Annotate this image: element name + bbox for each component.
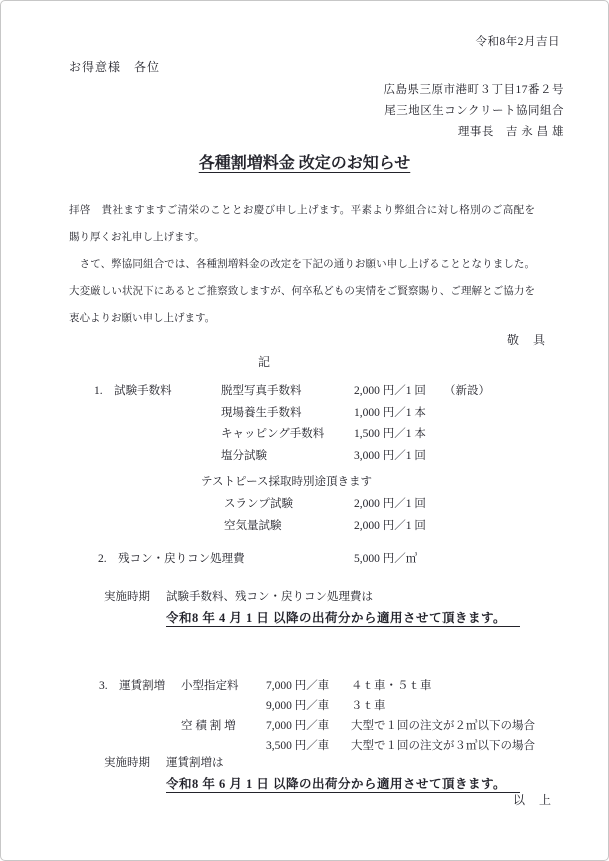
fee-item: 塩分試験 — [221, 448, 354, 464]
recipient-line: お得意様 各位 — [69, 58, 160, 75]
freight-item: 小型指定料 — [181, 679, 266, 699]
body-line-2: 賜り厚くお礼申し上げます。 — [69, 224, 535, 251]
fee-price: 1,000 円／1 本 — [354, 405, 444, 421]
section-test-fees-sub: スランプ試験 2,000 円／1 回 空気量試験 2,000 円／1 回 — [224, 496, 426, 540]
section-test-fees: 1. 試験手数料 脱型写真手数料 2,000 円／1 回 （新設） 現場養生手数… — [94, 383, 490, 469]
fee-row: 現場養生手数料 1,000 円／1 本 — [94, 405, 490, 427]
fee-item: スランプ試験 — [224, 496, 354, 518]
fee-price: 3,000 円／1 回 — [354, 448, 444, 464]
document-title: 各種割増料金 改定のお知らせ — [1, 150, 608, 173]
sub-fee-row: 空気量試験 2,000 円／1 回 — [224, 518, 426, 540]
freight-row: 3. 運賃割増 小型指定料 7,000 円／車 ４ｔ車・５ｔ車 — [99, 679, 535, 699]
testpiece-notice: テストピース採取時別途頂きます — [201, 473, 372, 489]
freight-item: 空 積 割 増 — [181, 719, 266, 739]
sender-organization: 尾三地区生コンクリート協同組合 — [384, 101, 565, 122]
implementation-date: 令和8 年 6 月 1 日 以降の出荷分から適用させて頂きます。 — [166, 774, 520, 795]
fee-row: キャッピング手数料 1,500 円／1 本 — [94, 426, 490, 448]
freight-condition: 大型で１回の注文が２㎥以下の場合 — [351, 719, 535, 739]
fee-item: 現場養生手数料 — [221, 405, 354, 421]
fee-row: 1. 試験手数料 脱型写真手数料 2,000 円／1 回 （新設） — [94, 383, 490, 405]
implementation-date: 令和8 年 4 月 1 日 以降の出荷分から適用させて頂きます。 — [166, 608, 520, 629]
fee-note: （新設） — [444, 383, 490, 399]
section2-price: 5,000 円／㎥ — [354, 550, 417, 566]
implementation-label: 実施時期 — [104, 587, 166, 608]
sub-fee-row: スランプ試験 2,000 円／1 回 — [224, 496, 426, 518]
section2-label: 2. 残コン・戻りコン処理費 — [98, 550, 354, 566]
document-page: 令和8年2月吉日 お得意様 各位 広島県三原市港町３丁目17番２号 尾三地区生コ… — [0, 0, 609, 861]
closing-keigu: 敬 具 — [507, 331, 546, 348]
implementation-target: 試験手数料、残コン・戻りコン処理費は — [166, 587, 373, 608]
record-marker: 記 — [69, 353, 459, 370]
section1-label: 1. 試験手数料 — [94, 383, 221, 399]
fee-item: 脱型写真手数料 — [221, 383, 354, 399]
fee-item: キャッピング手数料 — [221, 426, 354, 442]
fee-price: 2,000 円／1 回 — [354, 496, 426, 518]
freight-condition: ３ｔ車 — [351, 699, 386, 719]
freight-price: 9,000 円／車 — [266, 699, 351, 719]
freight-row: 空 積 割 増 7,000 円／車 大型で１回の注文が２㎥以下の場合 — [99, 719, 535, 739]
sender-representative: 理事長 吉 永 昌 雄 — [384, 122, 565, 143]
fee-price: 2,000 円／1 回 — [354, 518, 426, 540]
fee-price: 2,000 円／1 回 — [354, 383, 444, 399]
implementation-target: 運賃割増は — [166, 753, 224, 774]
sender-block: 広島県三原市港町３丁目17番２号 尾三地区生コンクリート協同組合 理事長 吉 永… — [384, 80, 565, 143]
implementation-label: 実施時期 — [104, 753, 166, 774]
body-line-4: 大変厳しい状況下にあるとご推察致しますが、何卒私どもの実情をご賢察賜り、ご理解と… — [69, 278, 535, 305]
implementation-row: 実施時期 試験手数料、残コン・戻りコン処理費は — [104, 587, 520, 608]
document-date: 令和8年2月吉日 — [476, 33, 561, 49]
section-freight-surcharge: 3. 運賃割増 小型指定料 7,000 円／車 ４ｔ車・５ｔ車 9,000 円／… — [99, 679, 535, 759]
implementation-period-1: 実施時期 試験手数料、残コン・戻りコン処理費は 令和8 年 4 月 1 日 以降… — [104, 587, 520, 629]
fee-item: 空気量試験 — [224, 518, 354, 540]
implementation-row: 実施時期 運賃割増は — [104, 753, 520, 774]
freight-condition: ４ｔ車・５ｔ車 — [351, 679, 432, 699]
freight-price: 7,000 円／車 — [266, 679, 351, 699]
end-marker: 以 上 — [513, 791, 552, 808]
freight-price: 7,000 円／車 — [266, 719, 351, 739]
section-leftover-concrete: 2. 残コン・戻りコン処理費 5,000 円／㎥ — [98, 550, 417, 566]
body-line-3: さて、弊協同組合では、各種割増料金の改定を下記の通りお願い申し上げることとなりま… — [69, 251, 535, 278]
body-line-1: 拝啓 貴社ますますご清栄のこととお慶び申し上げます。平素より弊組合に対し格別のご… — [69, 197, 535, 224]
fee-row: 塩分試験 3,000 円／1 回 — [94, 448, 490, 470]
fee-price: 1,500 円／1 本 — [354, 426, 444, 442]
body-line-5: 衷心よりお願い申し上げます。 — [69, 305, 535, 332]
section3-label: 3. 運賃割増 — [99, 679, 181, 699]
sender-address: 広島県三原市港町３丁目17番２号 — [384, 80, 565, 101]
implementation-period-2: 実施時期 運賃割増は 令和8 年 6 月 1 日 以降の出荷分から適用させて頂き… — [104, 753, 520, 795]
body-paragraphs: 拝啓 貴社ますますご清栄のこととお慶び申し上げます。平素より弊組合に対し格別のご… — [69, 197, 535, 332]
freight-row: 9,000 円／車 ３ｔ車 — [99, 699, 535, 719]
freight-item — [181, 699, 266, 719]
